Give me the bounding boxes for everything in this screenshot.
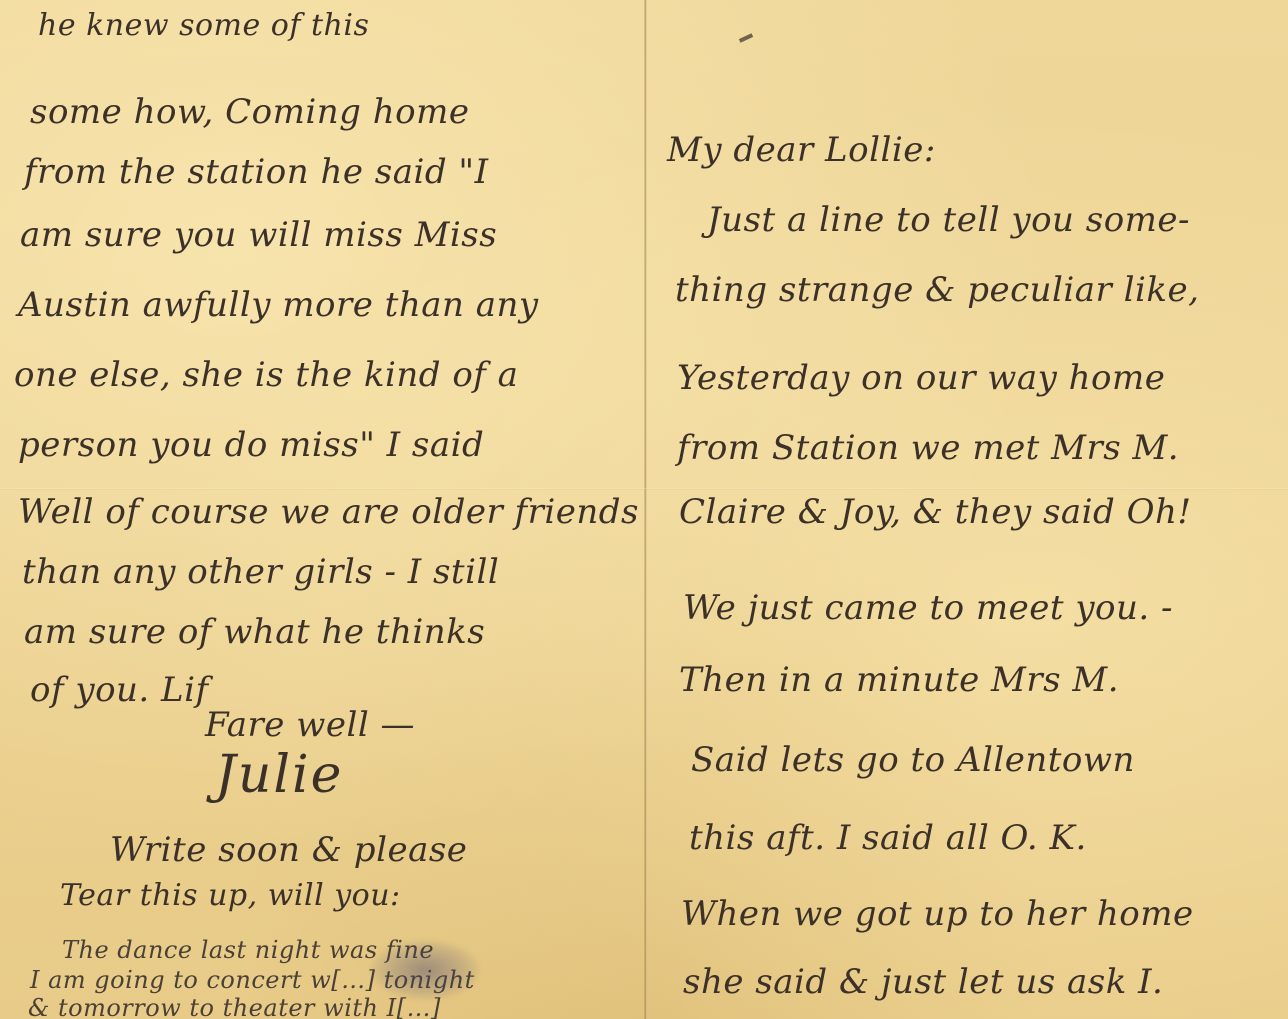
signature: Julie xyxy=(215,745,343,805)
right-line-6: We just came to meet you. - xyxy=(683,588,1173,628)
right-page: My dear Lollie: Just a line to tell you … xyxy=(647,0,1288,1019)
left-line-1: he knew some of this xyxy=(38,8,369,43)
ink-speck xyxy=(739,33,753,43)
right-line-1: Just a line to tell you some- xyxy=(707,200,1190,240)
right-line-10: When we got up to her home xyxy=(681,894,1194,934)
right-line-8: Said lets go to Allentown xyxy=(691,740,1135,780)
left-line-3: from the station he said "I xyxy=(24,152,489,192)
footnote-line-3: & tomorrow to theater with I[…] xyxy=(28,994,441,1019)
left-line-2: some how, Coming home xyxy=(30,92,469,132)
letter-spread: he knew some of this some how, Coming ho… xyxy=(0,0,1288,1019)
right-line-5: Claire & Joy, & they said Oh! xyxy=(679,492,1192,532)
left-line-10: am sure of what he thinks xyxy=(24,612,485,652)
left-line-9: than any other girls - I still xyxy=(22,552,499,592)
left-line-5: Austin awfully more than any xyxy=(18,285,539,325)
right-line-11: she said & just let us ask I. xyxy=(683,962,1163,1002)
left-line-11: of you. Lif xyxy=(30,670,209,710)
left-line-6: one else, she is the kind of a xyxy=(14,355,518,395)
right-line-2: thing strange & peculiar like, xyxy=(675,270,1199,310)
right-line-7: Then in a minute Mrs M. xyxy=(679,660,1119,700)
right-line-4: from Station we met Mrs M. xyxy=(677,428,1179,468)
postscript-line-1: Write soon & please xyxy=(110,830,467,870)
closing-farewell: Fare well — xyxy=(205,705,415,745)
left-page: he knew some of this some how, Coming ho… xyxy=(0,0,645,1019)
left-line-8: Well of course we are older friends xyxy=(18,492,639,532)
ink-smudge xyxy=(370,940,480,1000)
postscript-line-2: Tear this up, will you: xyxy=(60,878,401,913)
left-line-7: person you do miss" I said xyxy=(18,425,484,465)
right-line-3: Yesterday on our way home xyxy=(677,358,1165,398)
salutation: My dear Lollie: xyxy=(667,130,936,170)
right-line-9: this aft. I said all O. K. xyxy=(689,818,1087,858)
left-line-4: am sure you will miss Miss xyxy=(20,215,497,255)
